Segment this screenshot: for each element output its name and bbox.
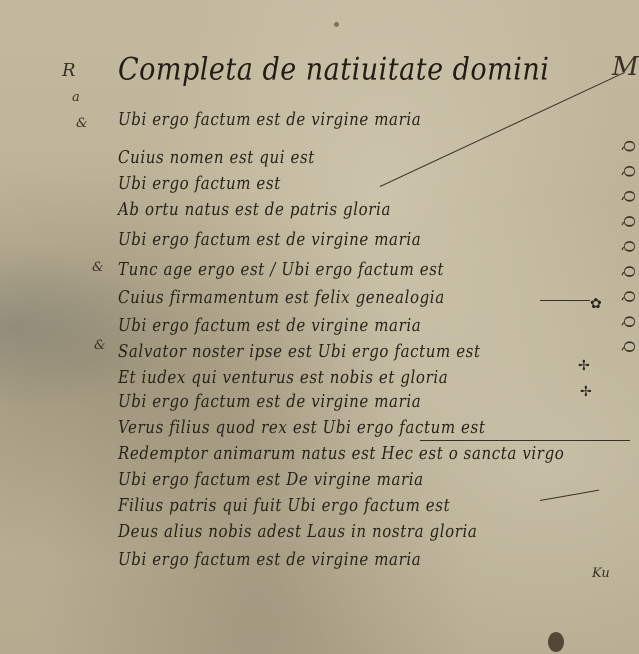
- rosette-mark: ✿: [590, 296, 602, 312]
- text-line: Filius patris qui fuit Ubi ergo factum e…: [118, 494, 450, 516]
- text-line: Salvator noster ipse est Ubi ergo factum…: [118, 340, 481, 362]
- text-line: Ab ortu natus est de patris gloria: [118, 198, 391, 220]
- text-line: Et iudex qui venturus est nobis et glori…: [118, 366, 448, 388]
- margin-note-5: &: [94, 338, 106, 353]
- text-line: Ubi ergo factum est de virgine maria: [118, 228, 421, 250]
- bracket-line: [420, 440, 630, 441]
- ink-stain: [548, 632, 564, 652]
- text-line: Redemptor animarum natus est Hec est o s…: [118, 442, 564, 464]
- text-line: Ubi ergo factum est de virgine maria: [118, 108, 421, 130]
- text-line: Ubi ergo factum est de virgine maria: [118, 314, 421, 336]
- heading-right-fragment: M: [612, 52, 639, 82]
- cross-mark: ✢: [578, 358, 590, 374]
- text-line: Ubi ergo factum est de virgine maria: [118, 548, 421, 570]
- ink-speck: [334, 22, 339, 27]
- margin-note-2: a: [72, 90, 80, 105]
- text-line: Cuius firmamentum est felix genealogia: [118, 286, 445, 308]
- text-line: Verus filius quod rex est Ubi ergo factu…: [118, 416, 485, 438]
- bracket-line: [540, 300, 590, 301]
- margin-note-4: &: [92, 260, 104, 275]
- text-line: Cuius nomen est qui est: [118, 146, 315, 168]
- right-margin-end-note: Ku: [592, 566, 610, 581]
- margin-note-1: R: [62, 60, 76, 81]
- text-line: Deus alius nobis adest Laus in nostra gl…: [118, 520, 477, 542]
- right-margin-glyphs: Q Q Q Q Q Q Q Q Q: [618, 140, 638, 357]
- text-line: Ubi ergo factum est: [118, 172, 281, 194]
- margin-note-3: &: [76, 116, 88, 131]
- text-line: Ubi ergo factum est de virgine maria: [118, 390, 421, 412]
- cross-mark: ✢: [580, 384, 592, 400]
- manuscript-heading: Completa de natiuitate domini: [118, 52, 549, 88]
- text-line: Tunc age ergo est / Ubi ergo factum est: [118, 258, 444, 280]
- text-line: Ubi ergo factum est De virgine maria: [118, 468, 424, 490]
